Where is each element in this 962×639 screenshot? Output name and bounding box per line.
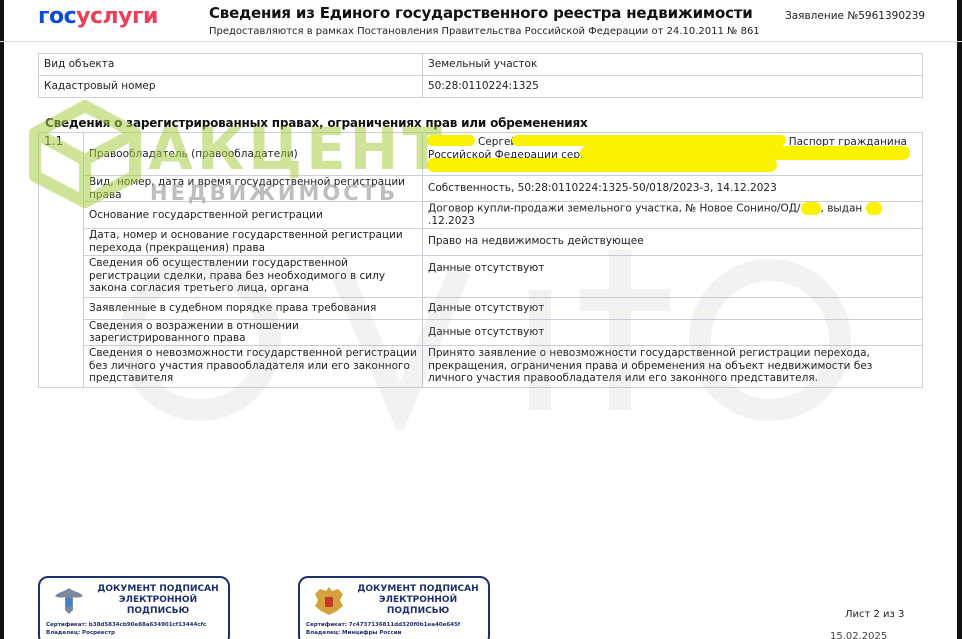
cadastral-number-label: Кадастровый номер: [39, 76, 423, 98]
signature-stamp-mintsifry: ДОКУМЕНТ ПОДПИСАН ЭЛЕКТРОННОЙ ПОДПИСЬЮ С…: [298, 576, 490, 639]
table-row: Кадастровый номер 50:28:0110224:1325: [39, 76, 923, 98]
table-row: Сведения об осуществлении государственно…: [39, 255, 923, 297]
gosuslugi-logo: госуслуги: [38, 4, 158, 29]
table-row: Сведения о невозможности государственной…: [39, 345, 923, 387]
stamp-owner: Владелец: Минцифры России: [306, 630, 401, 636]
footer-date: 15.02.2025: [830, 631, 887, 639]
objection-value: Данные отсутствуют: [423, 319, 923, 345]
personal-participation-value: Принято заявление о невозможности госуда…: [423, 345, 923, 387]
transfer-info-value: Право на недвижимость действующее: [423, 228, 923, 255]
object-table: Вид объекта Земельный участок Кадастровы…: [38, 53, 923, 98]
table-row: Заявленные в судебном порядке права треб…: [39, 297, 923, 319]
left-screen-edge: [0, 0, 4, 639]
cadastral-number-value: 50:28:0110224:1325: [423, 76, 923, 98]
russia-coat-of-arms-icon: [312, 584, 346, 618]
akcent-watermark-subtext: НЕДВИЖИМОСТЬ: [150, 181, 398, 205]
stamp-title: ДОКУМЕНТ ПОДПИСАН ЭЛЕКТРОННОЙ ПОДПИСЬЮ: [88, 584, 228, 617]
personal-participation-label: Сведения о невозможности государственной…: [84, 345, 423, 387]
application-number: Заявление №5961390239: [785, 10, 925, 22]
transfer-info-label: Дата, номер и основание государственной …: [84, 228, 423, 255]
registration-basis-label: Основание государственной регистрации: [84, 202, 423, 229]
rosreestr-emblem-icon: [52, 584, 86, 618]
stamp-certificate: Сертификат: 7c4737136811dd320f0b1ea40e64…: [306, 622, 460, 628]
object-type-value: Земельный участок: [423, 54, 923, 76]
table-row: Сведения о возражении в отношении зареги…: [39, 319, 923, 345]
redaction-mark: [801, 202, 821, 215]
redaction-mark: [866, 202, 882, 215]
page-number: Лист 2 из 3: [845, 609, 904, 620]
table-row: Основание государственной регистрации До…: [39, 202, 923, 229]
objection-label: Сведения о возражении в отношении зареги…: [84, 319, 423, 345]
redaction-mark: [512, 135, 786, 146]
court-claims-label: Заявленные в судебном порядке права треб…: [84, 297, 423, 319]
rights-entry-number: 1.1: [39, 133, 84, 388]
stamp-title: ДОКУМЕНТ ПОДПИСАН ЭЛЕКТРОННОЙ ПОДПИСЬЮ: [348, 584, 488, 617]
court-claims-value: Данные отсутствуют: [423, 297, 923, 319]
stamp-owner: Владелец: Росреестр: [46, 630, 115, 636]
stamp-certificate: Сертификат: b38d5834cb90e88a634901cf1344…: [46, 622, 206, 628]
document-subtitle: Предоставляются в рамках Постановления П…: [209, 26, 760, 37]
document-title: Сведения из Единого государственного рее…: [209, 4, 753, 22]
document-header: госуслуги Сведения из Единого государств…: [0, 0, 962, 42]
registration-basis-value: Договор купли-продажи земельного участка…: [423, 202, 923, 229]
signature-stamp-rosreestr: ДОКУМЕНТ ПОДПИСАН ЭЛЕКТРОННОЙ ПОДПИСЬЮ С…: [38, 576, 230, 639]
table-row: Дата, номер и основание государственной …: [39, 228, 923, 255]
redaction-mark: [427, 158, 777, 172]
table-row: Вид объекта Земельный участок: [39, 54, 923, 76]
registration-type-value: Собственность, 50:28:0110224:1325-50/018…: [423, 176, 923, 202]
right-screen-edge: [957, 0, 962, 639]
akcent-watermark-text: АКЦЕНТ: [148, 115, 446, 183]
object-type-label: Вид объекта: [39, 54, 423, 76]
third-party-consent-label: Сведения об осуществлении государственно…: [84, 255, 423, 297]
third-party-consent-value: Данные отсутствуют: [423, 255, 923, 297]
